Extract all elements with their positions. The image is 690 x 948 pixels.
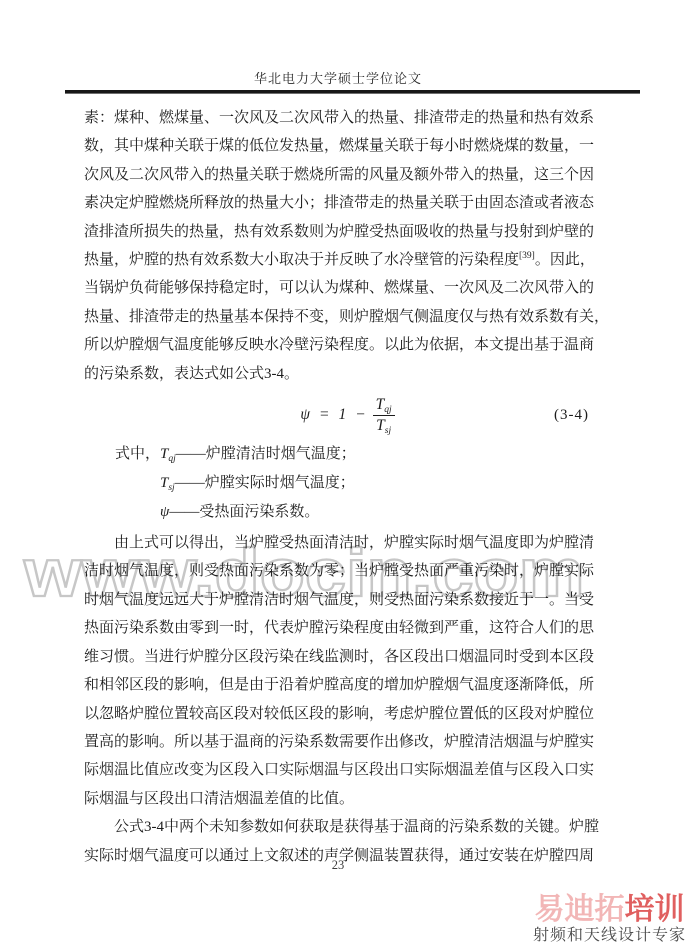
psi-symbol: ψ [300, 401, 310, 429]
definition-psi: ψ——受热面污染系数。 [115, 498, 611, 527]
page-number: 23 [0, 858, 676, 873]
definition-tsj: Tsj——炉膛实际时烟气温度； [115, 469, 611, 498]
brand-logo-title: 易迪拓培训 [533, 894, 686, 926]
brand-logo-subtitle: 射频和天线设计专家 [533, 926, 686, 946]
body-text: 素：煤种、燃煤量、一次风及二次风带入的热量、排渣带走的热量和热有效系 数，其中煤… [84, 104, 611, 870]
equals-sign: = [319, 401, 329, 429]
fraction: TqjTsj [373, 395, 395, 436]
equation-number: (3-4) [554, 401, 589, 429]
page-header-title: 华北电力大学硕士学位论文 [0, 68, 676, 87]
paragraph-1-text-cont: 。因此， 当锅炉负荷能够保持稳定时，可以认为煤种、燃煤量、一次风及二次风带入的 … [84, 252, 609, 382]
fraction-numerator: Tqj [373, 395, 395, 416]
brand-logo-title-light: 易迪拓 [534, 893, 624, 926]
paragraph-1: 素：煤种、燃煤量、一次风及二次风带入的热量、排渣带走的热量和热有效系 数，其中煤… [84, 104, 611, 388]
definition-tqj: 式中，Tqj——炉膛清洁时烟气温度； [115, 440, 611, 469]
thesis-page: 华北电力大学硕士学位论文 www.docin.com 素：煤种、燃煤量、一次风及… [0, 0, 690, 948]
constant-one: 1 [338, 401, 346, 429]
brand-logo-title-dark: 培训 [624, 893, 684, 926]
paragraph-1-text: 素：煤种、燃煤量、一次风及二次风带入的热量、排渣带走的热量和热有效系 数，其中煤… [84, 110, 594, 268]
header-divider-line [65, 90, 640, 94]
equation-3-4: ψ=1−TqjTsj (3-4) [84, 392, 611, 438]
symbol-definitions: 式中，Tqj——炉膛清洁时烟气温度； Tsj——炉膛实际时烟气温度； ψ——受热… [115, 440, 611, 527]
citation-39: [39] [519, 251, 535, 261]
fraction-denominator: Tsj [373, 416, 394, 435]
paragraph-2: 由上式可以得出，当炉膛受热面清洁时，炉膛实际时烟气温度即为炉膛清 洁时烟气温度，… [84, 529, 611, 813]
brand-logo: 易迪拓培训 射频和天线设计专家 [533, 894, 686, 946]
minus-sign: − [355, 401, 365, 429]
